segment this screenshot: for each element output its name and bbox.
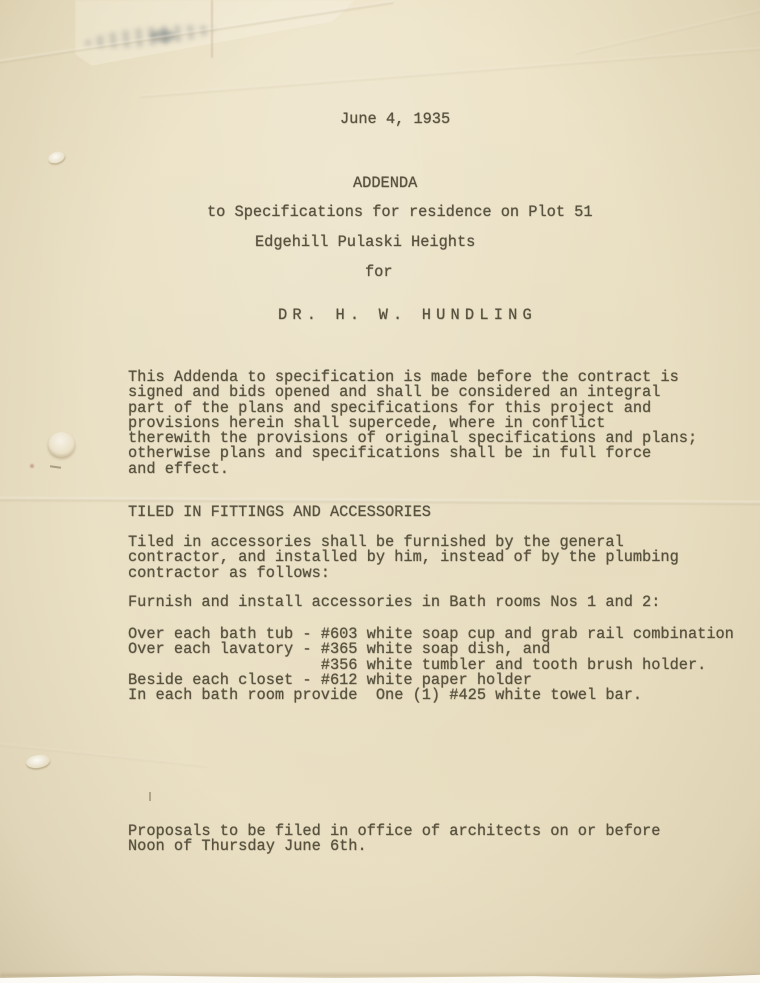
paper-scratch	[50, 465, 61, 469]
section-paragraph: Tiled in accessories shall be furnished …	[128, 535, 679, 581]
paper-spot	[30, 464, 34, 468]
fixture-line: In each bath room provide One (1) #425 w…	[128, 688, 734, 703]
staple-mark	[47, 150, 67, 166]
staple-mark	[25, 753, 51, 769]
for-word: for	[365, 265, 393, 280]
paper-crease	[140, 46, 760, 98]
paper-crease	[575, 5, 760, 55]
document-subtitle: to Specifications for residence on Plot …	[207, 205, 593, 220]
fixture-list: Over each bath tub - #603 white soap cup…	[128, 627, 734, 703]
client-name: DR. H. W. HUNDLING	[278, 308, 537, 323]
date-line: June 4, 1935	[340, 112, 450, 127]
location-line: Edgehill Pulaski Heights	[255, 235, 475, 250]
furnish-instruction: Furnish and install accessories in Bath …	[128, 595, 660, 610]
intro-paragraph: This Addenda to specification is made be…	[128, 370, 697, 477]
paragraph-line: and effect.	[128, 462, 697, 477]
scanned-document-page: June 4, 1935 ADDENDA to Specifications f…	[0, 0, 760, 983]
closing-paragraph: Proposals to be filed in office of archi…	[128, 824, 660, 855]
document-title: ADDENDA	[353, 176, 417, 191]
paper-scratch	[149, 792, 151, 801]
paragraph-line: contractor as follows:	[128, 566, 679, 581]
section-heading: TILED IN FITTINGS AND ACCESSORIES	[128, 505, 431, 520]
paragraph-line: Noon of Thursday June 6th.	[128, 839, 660, 854]
punch-hole-emboss	[48, 432, 75, 457]
